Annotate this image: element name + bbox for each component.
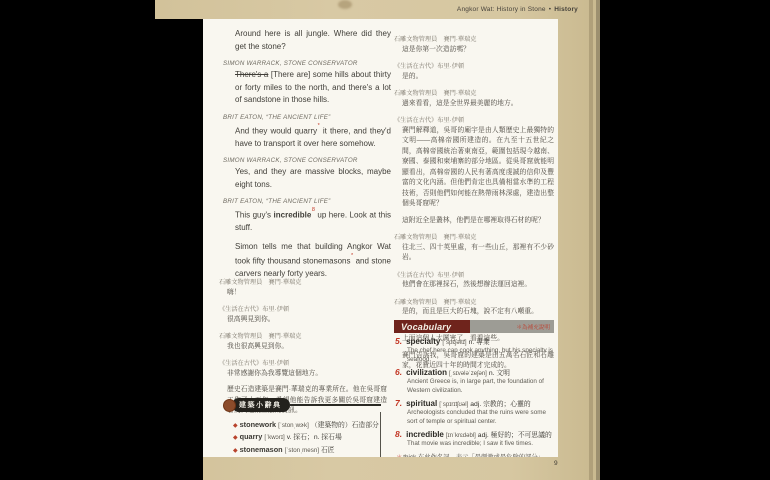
vocab-entry-head: 5.specialty[ˈspɛʃəltɪ]n. 專業	[395, 336, 554, 346]
vocab-entry: 8.incredible[ɪnˈkrɛdəbl]adj. 極好的；不可思議的 T…	[394, 429, 554, 449]
dictionary-entry: ◆stonework[ˈstonˌwɝk]（建築物的）石造部分	[233, 419, 376, 429]
dialogue-line: And they would quarry* it there, and the…	[235, 123, 391, 151]
speaker-label-zh: 《生活在古代》布里·伊頓	[219, 304, 387, 313]
running-head-title: Angkor Wat: History in Stone	[457, 6, 546, 13]
chinese-translation-left: 石雕文物管理員 賽門·華瑞克 嗨！ 《生活在古代》布里·伊頓 很高興見到你。 石…	[219, 271, 387, 417]
vocab-definition: n. 文明	[489, 370, 510, 377]
vocab-number: 7.	[395, 398, 402, 408]
book-page: Angkor Wat: History in Stone • History A…	[155, 0, 600, 480]
running-head-separator: •	[549, 6, 551, 13]
speaker-label: BRIT EATON, “THE ANCIENT LIFE”	[223, 114, 391, 121]
vocab-example: That movie was incredible; I saw it five…	[407, 440, 554, 449]
translation-line: 過來看看，這是全世界最美麗的地方。	[402, 99, 554, 110]
entry-phonetic: [ˈstonˌwɝk]	[278, 422, 309, 429]
entry-word: stonemason	[240, 445, 283, 454]
footnote-text: 在此作名詞，表示「最刺激或最危險的部分」。	[416, 454, 547, 458]
translation-line: 是的。	[402, 72, 554, 83]
vocab-word: incredible	[406, 430, 444, 439]
dialogue-line: Yes, and they are massive blocks, maybe …	[235, 166, 391, 191]
translation-line: 非常感謝你為我導覽這個地方。	[227, 369, 387, 380]
bullet-icon: ◆	[233, 423, 238, 429]
speaker-label-zh: 《生活在古代》布里·伊頓	[394, 270, 554, 279]
speaker-label-zh: 石雕文物管理員 賽門·華瑞克	[219, 331, 387, 340]
vocabulary-title: Vocabulary	[394, 320, 470, 333]
speaker-label-zh: 石雕文物管理員 賽門·華瑞克	[394, 88, 554, 97]
vocab-word: specialty	[406, 337, 440, 346]
translation-line: 是的，而且是巨大的石塊，說不定有八噸重。	[402, 307, 554, 318]
mini-dictionary-title: 建築小辭典	[232, 398, 290, 413]
vocab-phonetic: [ˈspɪrɪtʃʊəl]	[439, 402, 468, 408]
speaker-label-zh: 《生活在古代》布里·伊頓	[394, 61, 554, 70]
vocab-number-marker: 8	[312, 207, 315, 213]
translation-line: 我也很高興見到你。	[227, 342, 387, 353]
vocabulary-footnote: ＊thick 在此作名詞，表示「最刺激或最危險的部分」。	[396, 454, 554, 458]
glossary-marker: *	[351, 253, 353, 259]
translation-line: 往北三、四十英里處，有一些山丘，那裡有不少砂岩。	[402, 243, 554, 264]
vocab-entry: 5.specialty[ˈspɛʃəltɪ]n. 專業 The chef her…	[394, 336, 554, 364]
translation-line: 很高興見到你。	[227, 315, 387, 326]
vocab-phonetic: [ˈspɛʃəltɪ]	[442, 340, 466, 346]
vocabulary-note: ＊為補充說明	[470, 320, 554, 333]
entry-phonetic: [ˈkwɔrɪ]	[264, 434, 284, 441]
dialogue-text: Yes, and they are massive blocks, maybe …	[235, 167, 391, 189]
vocab-entry: 6.civilization[ˌsɪvələˈzeʃən]n. 文明 Ancie…	[394, 367, 554, 395]
dialogue-line: There's a [There are] some hills about t…	[235, 69, 391, 107]
speaker-label: SIMON WARRACK, STONE CONSERVATOR	[223, 60, 391, 67]
english-dialogue: Around here is all jungle. Where did the…	[219, 28, 391, 282]
glossary-word: stonemasons	[303, 257, 351, 266]
vocab-phonetic: [ɪnˈkrɛdəbl]	[446, 433, 476, 439]
footnote-marker: ＊	[396, 454, 402, 458]
paper-stain	[338, 0, 352, 9]
page-fold-shadow	[589, 0, 593, 480]
vocab-number: 6.	[395, 367, 402, 377]
glossary-word: quarry	[294, 126, 317, 135]
entry-phonetic: [ˈstonˌmesn]	[285, 447, 319, 454]
page-number: 9	[554, 460, 558, 467]
corrected-text: There's a	[235, 70, 268, 79]
vocab-definition: adj. 宗教的；心靈的	[470, 401, 530, 408]
dictionary-entry: ◆quarry[ˈkwɔrɪ]v. 採石；n. 採石場	[233, 431, 376, 441]
vocab-entry-head: 8.incredible[ɪnˈkrɛdəbl]adj. 極好的；不可思議的	[395, 429, 554, 439]
running-head-section: History	[554, 6, 578, 13]
translation-line: 這是你第一次造訪嗎？	[402, 45, 554, 56]
vocab-definition: adj. 極好的；不可思議的	[478, 432, 552, 439]
dialogue-text: Around here is all jungle. Where did the…	[235, 29, 391, 51]
vocab-definition: n. 專業	[469, 339, 490, 346]
vocabulary-section: Vocabulary ＊為補充說明 5.specialty[ˈspɛʃəltɪ]…	[394, 320, 554, 457]
translation-line: 這附近全是叢林，他們是在哪裡取得石材的呢？	[402, 216, 554, 227]
mini-dictionary-body: ◆stonework[ˈstonˌwɝk]（建築物的）石造部分 ◆quarry[…	[223, 412, 381, 457]
dialogue-text: And they would	[235, 126, 294, 135]
vocab-entry: 7.spiritual[ˈspɪrɪtʃʊəl]adj. 宗教的；心靈的 Arc…	[394, 398, 554, 426]
vocabulary-header: Vocabulary ＊為補充說明	[394, 320, 554, 333]
vocab-word: incredible	[274, 211, 312, 220]
speaker-label-zh: 《生活在古代》布里·伊頓	[394, 115, 554, 124]
translation-line: 他們會在那裡採石，然後想辦法運回這裡。	[402, 280, 554, 291]
dialogue-line: Around here is all jungle. Where did the…	[235, 28, 391, 53]
vocab-example: The chef here can cook anything, but his…	[407, 347, 554, 364]
translation-paragraph: 賽門解釋道，吳哥的廟宇是由人類歷史上最獨特的文明——高棉帝國所建造的。在九至十五…	[402, 126, 554, 210]
speaker-label-zh: 石雕文物管理員 賽門·華瑞克	[394, 232, 554, 241]
entry-definition: 石匠	[321, 447, 335, 454]
vocab-number: 8.	[395, 429, 402, 439]
vocab-example: Ancient Greece is, in large part, the fo…	[407, 378, 554, 395]
speaker-label-zh: 石雕文物管理員 賽門·華瑞克	[394, 297, 554, 306]
translation-line: 嗨！	[227, 288, 387, 299]
footnote-word: thick	[403, 454, 416, 458]
entry-word: stonework	[240, 420, 277, 429]
vocab-number: 5.	[395, 336, 402, 346]
dialogue-line: This guy's incredible8 up here. Look at …	[235, 207, 391, 235]
speaker-label-zh: 《生活在古代》布里·伊頓	[219, 358, 387, 367]
entry-word: quarry	[240, 432, 263, 441]
bullet-icon: ◆	[233, 448, 238, 454]
architecture-mini-dictionary: 建築小辭典 ◆stonework[ˈstonˌwɝk]（建築物的）石造部分 ◆q…	[223, 398, 381, 457]
mini-dictionary-header: 建築小辭典	[223, 398, 381, 412]
running-head: Angkor Wat: History in Stone • History	[155, 0, 600, 19]
vocab-word: civilization	[406, 368, 447, 377]
speaker-label: SIMON WARRACK, STONE CONSERVATOR	[223, 157, 391, 164]
vocab-example: Archeologists concluded that the ruins w…	[407, 409, 554, 426]
glossary-marker: *	[318, 123, 320, 129]
page-edge-shadow	[596, 0, 600, 480]
dictionary-icon	[223, 399, 236, 412]
bullet-icon: ◆	[233, 435, 238, 441]
entry-definition: （建築物的）石造部分	[311, 422, 379, 429]
speaker-label-zh: 石雕文物管理員 賽門·華瑞克	[394, 34, 554, 43]
vocab-phonetic: [ˌsɪvələˈzeʃən]	[449, 371, 487, 377]
vocab-word: spiritual	[406, 399, 437, 408]
header-rule	[290, 404, 382, 406]
vocab-entry-head: 6.civilization[ˌsɪvələˈzeʃən]n. 文明	[395, 367, 554, 377]
vocab-entry-head: 7.spiritual[ˈspɪrɪtʃʊəl]adj. 宗教的；心靈的	[395, 398, 554, 408]
speaker-label: BRIT EATON, “THE ANCIENT LIFE”	[223, 198, 391, 205]
dialogue-text: This guy's	[235, 211, 274, 220]
speaker-label-zh: 石雕文物管理員 賽門·華瑞克	[219, 277, 387, 286]
page-content: Around here is all jungle. Where did the…	[203, 19, 558, 457]
entry-definition: v. 採石；n. 採石場	[287, 434, 342, 441]
photo-crop-shadow	[155, 19, 203, 480]
dictionary-entry: ◆stonemason[ˈstonˌmesn]石匠	[233, 444, 376, 454]
